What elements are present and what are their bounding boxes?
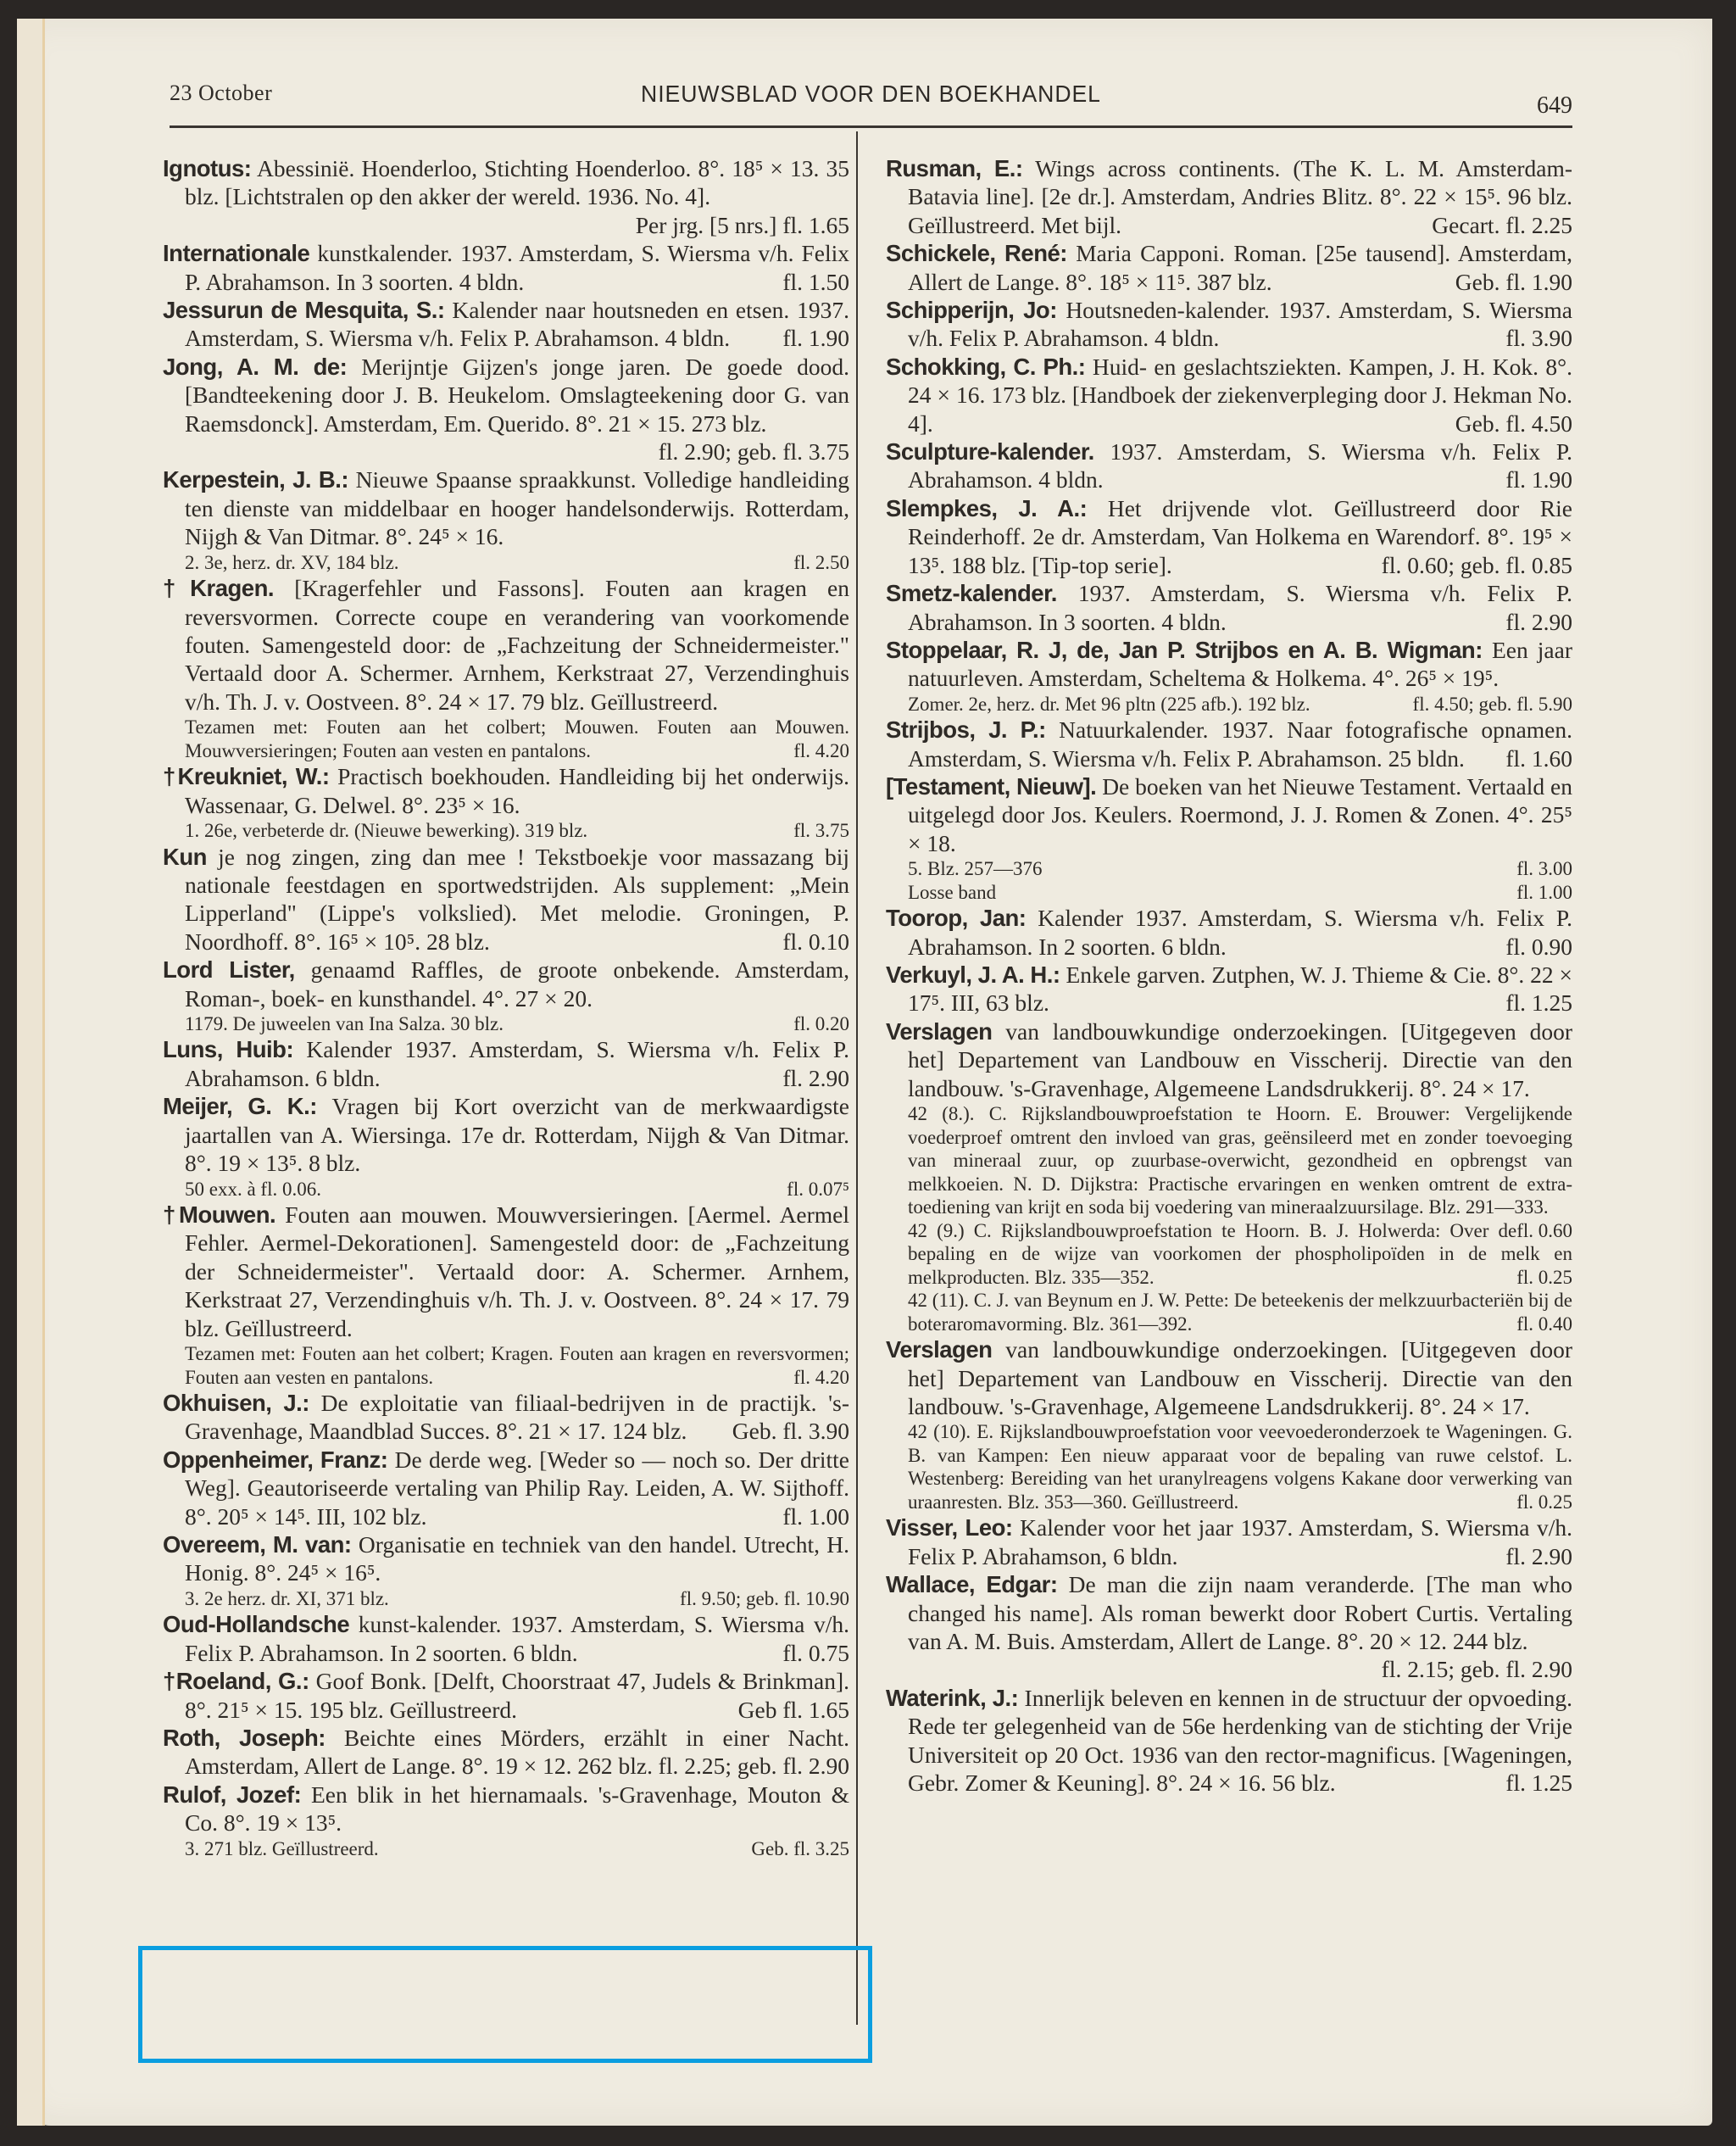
entry-price: fl. 0.20 [793, 1012, 849, 1036]
entry-price: fl. 0.60; geb. fl. 0.85 [1404, 551, 1572, 579]
entry-subnote: Zomer. 2e, herz. dr. Met 96 pltn (225 af… [886, 693, 1572, 716]
entry-price: fl. 3.90 [1527, 324, 1572, 352]
catalog-entry: Verslagen van landbouwkundige onderzoeki… [886, 1335, 1572, 1513]
entry-heading: Luns, Huib: [163, 1036, 293, 1062]
subnote-text: 42 (10). E. Rijkslandbouwproefstation vo… [908, 1421, 1572, 1513]
catalog-entry: Overeem, M. van: Organisatie en techniek… [163, 1530, 849, 1610]
entry-heading: Verslagen [886, 1336, 992, 1363]
subnote-text: 3. 271 blz. Geïllustreerd. [185, 1838, 379, 1859]
entry-heading: Smetz-kalender. [886, 580, 1057, 606]
entry-price: fl. 2.50 [793, 551, 849, 575]
subnote-text: 42 (11). C. J. van Beynum en J. W. Pette… [908, 1290, 1572, 1335]
subnote-text: 3. 2e herz. dr. XI, 371 blz. [185, 1588, 389, 1609]
catalog-entry: Roth, Joseph: Beichte eines Mörders, erz… [163, 1724, 849, 1781]
subline-label: Losse band [908, 882, 996, 903]
catalog-entry: Jessurun de Mesquita, S.: Kalender naar … [163, 296, 849, 353]
entry-subnote: 42 (11). C. J. van Beynum en J. W. Pette… [886, 1289, 1572, 1335]
catalog-entry: Rusman, E.: Wings across continents. (Th… [886, 154, 1572, 239]
catalog-entry: Wallace, Edgar: De man die zijn naam ver… [886, 1570, 1572, 1684]
entry-price: fl. 4.20 [793, 739, 849, 763]
entry-heading: Stoppelaar, R. J, de, Jan P. Strijbos en… [886, 637, 1483, 663]
entry-price: fl. 3.75 [793, 819, 849, 843]
entry-description: [Kragerfehler und Fassons]. Fouten aan k… [185, 575, 849, 715]
catalog-entry: Toorop, Jan: Kalender 1937. Amsterdam, S… [886, 904, 1572, 961]
left-column: Ignotus: Abessinië. Hoenderloo, Stichtin… [163, 154, 849, 1860]
catalog-entry: Smetz-kalender. 1937. Amsterdam, S. Wier… [886, 579, 1572, 636]
entry-price: fl. 1.90 [804, 324, 849, 352]
catalog-entry: Oud-Hollandsche kunst-kalender. 1937. Am… [163, 1610, 849, 1667]
entry-heading: Jessurun de Mesquita, S.: [163, 297, 445, 323]
entry-price: Geb. fl. 3.90 [754, 1417, 849, 1445]
entry-price: fl. 4.20 [793, 1366, 849, 1390]
entry-price: fl. 1.25 [1527, 989, 1572, 1017]
header-title: NIEUWSBLAD VOOR DEN BOEKHANDEL [204, 81, 1537, 108]
catalog-entry: Meijer, G. K.: Vragen bij Kort overzicht… [163, 1092, 849, 1201]
entry-price: fl. 0.75 [804, 1639, 849, 1667]
entry-price: fl. 0.90 [1527, 933, 1572, 961]
subline-price: fl. 1.00 [1516, 881, 1572, 905]
subnote-price: fl. 0.60 [1516, 1219, 1572, 1243]
catalog-entry: †Roeland, G.: Goof Bonk. [Delft, Choorst… [163, 1667, 849, 1724]
entry-heading: Strijbos, J. P.: [886, 716, 1046, 743]
page-gutter [42, 19, 45, 2126]
subnote-text: Tezamen met: Fouten aan het colbert; Kra… [185, 1343, 849, 1388]
entry-heading: Overeem, M. van: [163, 1531, 352, 1558]
entry-heading: Schokking, C. Ph.: [886, 354, 1085, 380]
right-column: Rusman, E.: Wings across continents. (Th… [886, 154, 1572, 1797]
catalog-entry: Schipperijn, Jo: Houtsneden-kalender. 19… [886, 296, 1572, 353]
entry-price: Gecart. fl. 2.25 [1454, 211, 1572, 239]
entry-subline: 5. Blz. 257—376fl. 3.00 [886, 857, 1572, 881]
entry-heading: Kerpestein, J. B.: [163, 466, 348, 493]
entry-heading: Schickele, René: [886, 240, 1067, 266]
entry-heading: Rusman, E.: [886, 155, 1023, 181]
entry-subnote: Tezamen met: Fouten aan het colbert; Kra… [163, 1342, 849, 1389]
entry-subnote: 42 (8.). C. Rijkslandbouwproefstation te… [886, 1102, 1572, 1219]
entry-price: fl. 9.50; geb. fl. 10.90 [680, 1587, 849, 1611]
entry-price: fl. 0.10 [804, 928, 849, 956]
entry-price: fl. 1.00 [804, 1502, 849, 1530]
subnote-price: fl. 0.25 [1516, 1491, 1572, 1514]
subline-label: 5. Blz. 257—376 [908, 858, 1042, 879]
catalog-entry: Stoppelaar, R. J, de, Jan P. Strijbos en… [886, 636, 1572, 716]
entry-subnote: Tezamen met: Fouten aan het colbert; Mou… [163, 716, 849, 762]
entry-subnote: 50 exx. à fl. 0.06.fl. 0.07⁵ [163, 1178, 849, 1201]
entry-heading: Sculpture-kalender. [886, 438, 1094, 465]
entry-heading: Rulof, Jozef: [163, 1781, 301, 1808]
entry-subnote: 3. 271 blz. Geïllustreerd.Geb. fl. 3.25 [163, 1837, 849, 1861]
catalog-entry: Slempkes, J. A.: Het drijvende vlot. Geï… [886, 494, 1572, 579]
subnote-text: 42 (8.). C. Rijkslandbouwproefstation te… [908, 1103, 1572, 1218]
entry-heading: †Kreukniet, W.: [163, 763, 330, 789]
catalog-entry: †Kreukniet, W.: Practisch boekhouden. Ha… [163, 762, 849, 842]
subnote-text: 50 exx. à fl. 0.06. [185, 1179, 321, 1200]
catalog-entry: Okhuisen, J.: De exploitatie van filiaal… [163, 1389, 849, 1446]
catalog-entry: Schickele, René: Maria Capponi. Roman. [… [886, 239, 1572, 296]
catalog-entry: Rulof, Jozef: Een blik in het hiernamaal… [163, 1781, 849, 1860]
catalog-entry: Verkuyl, J. A. H.: Enkele garven. Zutphe… [886, 961, 1572, 1017]
entry-price: fl. 2.25; geb. fl. 2.90 [681, 1752, 849, 1780]
entry-subnote: 3. 2e herz. dr. XI, 371 blz.fl. 9.50; ge… [163, 1587, 849, 1611]
entry-heading: Schipperijn, Jo: [886, 297, 1057, 323]
entry-price: fl. 1.60 [1527, 744, 1572, 772]
entry-price: fl. 2.90; geb. fl. 3.75 [681, 438, 849, 465]
entry-heading: Wallace, Edgar: [886, 1571, 1058, 1597]
entry-price: Geb fl. 1.65 [760, 1696, 849, 1724]
catalog-entry: [Testament, Nieuw]. De boeken van het Ni… [886, 772, 1572, 904]
catalog-entry: Jong, A. M. de: Merijntje Gijzen's jonge… [163, 353, 849, 466]
catalog-entry: Kerpestein, J. B.: Nieuwe Spaanse spraak… [163, 465, 849, 574]
entry-price: Per jrg. [5 nrs.] fl. 1.65 [658, 211, 849, 239]
entry-heading: Lord Lister, [163, 956, 295, 983]
entry-price: fl. 1.25 [1527, 1769, 1572, 1797]
entry-price: fl. 2.90 [804, 1064, 849, 1092]
entry-heading: †Mouwen. [163, 1201, 275, 1228]
page-header: 23 October NIEUWSBLAD VOOR DEN BOEKHANDE… [170, 81, 1572, 123]
entry-heading: Meijer, G. K.: [163, 1093, 317, 1119]
header-rule [170, 125, 1572, 128]
page-number: 649 [1537, 92, 1572, 120]
catalog-entry: †Mouwen. Fouten aan mouwen. Mouwversieri… [163, 1201, 849, 1389]
entry-heading: Ignotus: [163, 155, 251, 181]
catalog-entry: Oppenheimer, Franz: De derde weg. [Weder… [163, 1446, 849, 1530]
subnote-text: Zomer. 2e, herz. dr. Met 96 pltn (225 af… [908, 694, 1310, 715]
entry-description: van landbouwkundige onderzoekingen. [Uit… [908, 1018, 1572, 1101]
column-divider [856, 131, 858, 2025]
entry-heading: [Testament, Nieuw]. [886, 773, 1096, 800]
subnote-text: 42 (9.) C. Rijkslandbouwproefstation te … [908, 1220, 1572, 1288]
catalog-entry: Kun je nog zingen, zing dan mee ! Tekstb… [163, 843, 849, 956]
entry-subnote: 1179. De juweelen van Ina Salza. 30 blz.… [163, 1012, 849, 1036]
catalog-entry: Waterink, J.: Innerlijk beleven en kenne… [886, 1684, 1572, 1798]
entry-description: van landbouwkundige onderzoekingen. [Uit… [908, 1336, 1572, 1419]
catalog-entry: Strijbos, J. P.: Natuurkalender. 1937. N… [886, 716, 1572, 772]
entry-subnote: 2. 3e, herz. dr. XV, 184 blz.fl. 2.50 [163, 551, 849, 575]
subline-price: fl. 3.00 [1516, 857, 1572, 881]
entry-price: fl. 1.90 [1527, 465, 1572, 493]
catalog-entry: Schokking, C. Ph.: Huid- en geslachtszie… [886, 353, 1572, 438]
entry-description: je nog zingen, zing dan mee ! Tekstboekj… [185, 844, 849, 955]
entry-subnote: 42 (9.) C. Rijkslandbouwproefstation te … [886, 1219, 1572, 1290]
entry-heading: Oppenheimer, Franz: [163, 1446, 387, 1473]
subnote-text: 1179. De juweelen van Ina Salza. 30 blz. [185, 1013, 504, 1034]
entry-subline: Losse bandfl. 1.00 [886, 881, 1572, 905]
catalog-entry: Ignotus: Abessinië. Hoenderloo, Stichtin… [163, 154, 849, 239]
subnote-text: 2. 3e, herz. dr. XV, 184 blz. [185, 552, 399, 573]
entry-subnote: 42 (10). E. Rijkslandbouwproefstation vo… [886, 1420, 1572, 1513]
entry-price: fl. 2.90 [1527, 1542, 1572, 1570]
entry-heading: Oud-Hollandsche [163, 1611, 349, 1637]
entry-price: fl. 4.50; geb. fl. 5.90 [1413, 693, 1572, 716]
entry-heading: †Roeland, G.: [163, 1668, 309, 1694]
subnote-text: Tezamen met: Fouten aan het colbert; Mou… [185, 716, 849, 761]
entry-heading: Waterink, J.: [886, 1685, 1018, 1711]
subnote-text: 1. 26e, verbeterde dr. (Nieuwe bewerking… [185, 820, 587, 841]
catalog-entry: †Kragen. [Kragerfehler und Fassons]. Fou… [163, 574, 849, 762]
entry-description: Fouten aan mouwen. Mouwversieringen. [Ae… [185, 1201, 849, 1341]
entry-heading: Internationale [163, 240, 309, 266]
entry-price: fl. 2.90 [1527, 608, 1572, 636]
entry-price: fl. 0.07⁵ [787, 1178, 849, 1201]
entry-price: Geb. fl. 1.90 [1477, 268, 1572, 296]
entry-heading: Okhuisen, J.: [163, 1390, 309, 1416]
catalog-entry: Luns, Huib: Kalender 1937. Amsterdam, S.… [163, 1035, 849, 1092]
catalog-entry: Sculpture-kalender. 1937. Amsterdam, S. … [886, 438, 1572, 494]
entry-price: Geb. fl. 3.25 [751, 1837, 849, 1861]
subnote-price: fl. 0.40 [1516, 1313, 1572, 1336]
catalog-entry: Lord Lister, genaamd Raffles, de groote … [163, 956, 849, 1035]
catalog-entry: Visser, Leo: Kalender voor het jaar 1937… [886, 1513, 1572, 1570]
entry-price: fl. 2.15; geb. fl. 2.90 [1404, 1655, 1572, 1683]
catalog-entry: Internationale kunstkalender. 1937. Amst… [163, 239, 849, 296]
entry-subnote: 1. 26e, verbeterde dr. (Nieuwe bewerking… [163, 819, 849, 843]
entry-heading: Verslagen [886, 1018, 992, 1045]
page-left-edge [17, 19, 42, 2126]
entry-price: Geb. fl. 4.50 [1477, 410, 1572, 438]
subnote-price: fl. 0.25 [1516, 1266, 1572, 1290]
entry-description: Abessinië. Hoenderloo, Stichting Hoender… [185, 155, 849, 209]
entry-heading: †Kragen. [163, 575, 274, 601]
entry-heading: Jong, A. M. de: [163, 354, 347, 380]
entry-heading: Slempkes, J. A.: [886, 495, 1087, 521]
entry-heading: Visser, Leo: [886, 1514, 1013, 1541]
entry-heading: Kun [163, 844, 207, 870]
entry-price: fl. 1.50 [804, 268, 849, 296]
catalog-entry: Verslagen van landbouwkundige onderzoeki… [886, 1017, 1572, 1335]
entry-heading: Verkuyl, J. A. H.: [886, 962, 1060, 988]
entry-heading: Toorop, Jan: [886, 905, 1026, 931]
entry-heading: Roth, Joseph: [163, 1725, 325, 1751]
